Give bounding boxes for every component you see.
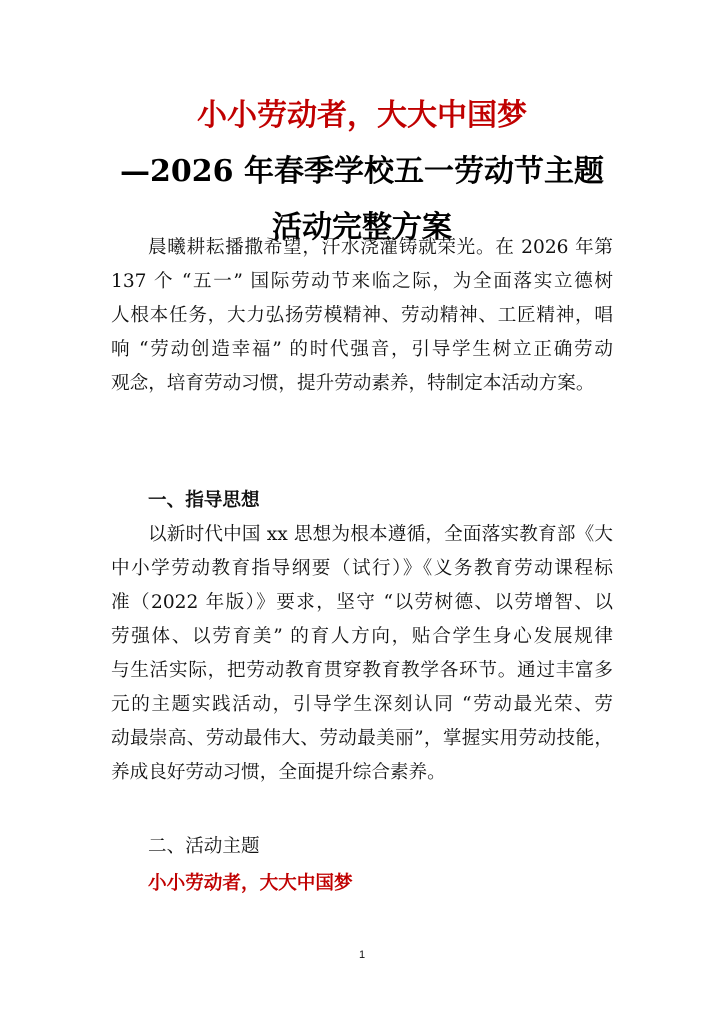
paragraph-line: 动最崇高、劳动最伟大、劳动最美丽”，掌握实用劳动技能，	[111, 722, 613, 756]
paragraph-line: 养成良好劳动习惯，全面提升综合素养。	[111, 756, 613, 790]
intro-line: 人根本任务，大力弘扬劳模精神、劳动精神、工匠精神，唱	[111, 299, 613, 333]
intro-line: 137 个 “五一” 国际劳动节来临之际，为全面落实立德树	[111, 265, 613, 299]
paragraph-line: 准（2022 年版）》要求，坚守 “以劳树德、以劳增智、以	[111, 586, 613, 620]
document-title-main: 小小劳动者，大大中国梦	[0, 96, 724, 136]
page-number: 1	[0, 949, 724, 961]
section-heading-guiding-ideology: 一、指导思想	[148, 484, 260, 518]
paragraph-line: 劳强体、以劳育美” 的育人方向，贴合学生身心发展规律	[111, 620, 613, 654]
intro-line: 观念，培育劳动习惯，提升劳动素养，特制定本活动方案。	[111, 367, 613, 401]
paragraph-line: 以新时代中国 xx 思想为根本遵循，全面落实教育部《大	[111, 518, 613, 552]
paragraph-line: 元的主题实践活动，引导学生深刻认同 “劳动最光荣、劳	[111, 688, 613, 722]
section-heading-activity-theme: 二、活动主题	[148, 830, 260, 864]
document-title-subtitle: —2026 年春季学校五一劳动节主题	[0, 152, 724, 192]
activity-theme-text: 小小劳动者，大大中国梦	[148, 867, 353, 901]
paragraph-line: 与生活实际，把劳动教育贯穿教育教学各环节。通过丰富多	[111, 654, 613, 688]
document-page: 小小劳动者，大大中国梦 —2026 年春季学校五一劳动节主题 活动完整方案 晨曦…	[0, 0, 724, 1024]
paragraph-line: 中小学劳动教育指导纲要（试行）》《义务教育劳动课程标	[111, 552, 613, 586]
intro-paragraph: 晨曦耕耘播撒希望，汗水浇灌铸就荣光。在 2026 年第 137 个 “五一” 国…	[111, 231, 613, 401]
intro-line: 晨曦耕耘播撒希望，汗水浇灌铸就荣光。在 2026 年第	[111, 231, 613, 265]
guiding-ideology-paragraph: 以新时代中国 xx 思想为根本遵循，全面落实教育部《大 中小学劳动教育指导纲要（…	[111, 518, 613, 790]
intro-line: 响 “劳动创造幸福” 的时代强音，引导学生树立正确劳动	[111, 333, 613, 367]
